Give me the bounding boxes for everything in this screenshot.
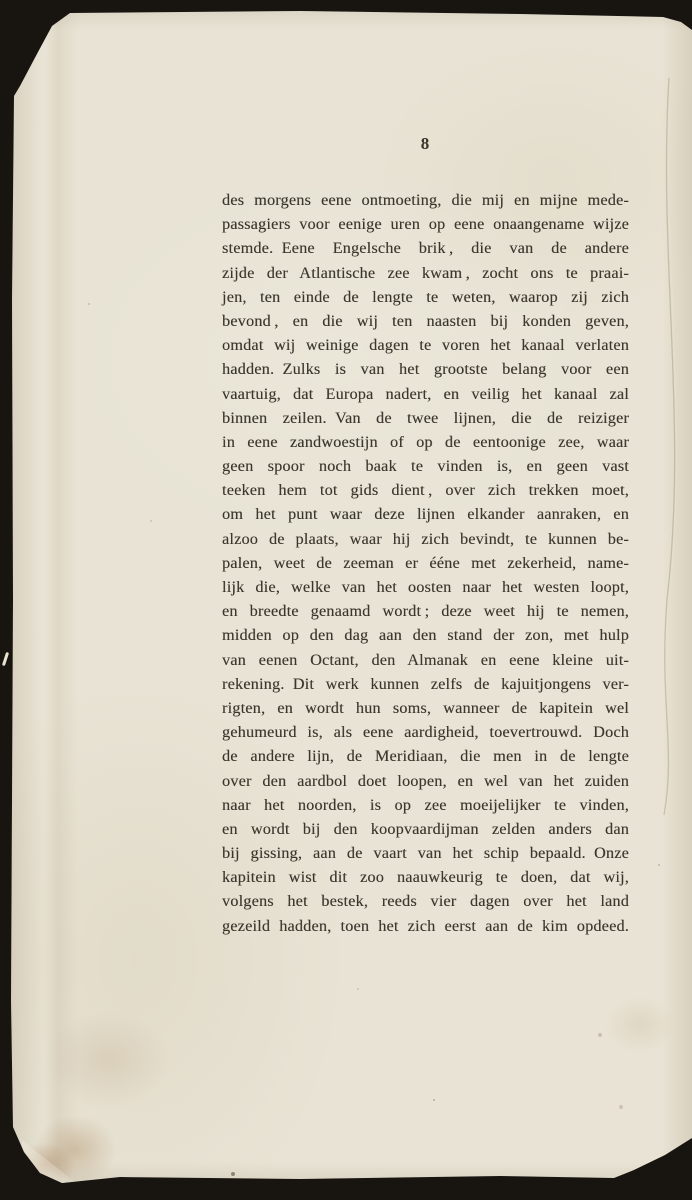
text-line: omdat wij weinige dagen te voren het kan… <box>222 333 629 357</box>
text-line: zijde der Atlantische zee kwam , zocht o… <box>222 261 629 285</box>
text-line: teeken hem tot gids dient , over zich tr… <box>222 478 629 502</box>
text-line: van eenen Octant, den Almanak en eene kl… <box>222 648 629 672</box>
paper-thread <box>2 652 9 666</box>
page-number: 8 <box>222 134 629 154</box>
text-line: en wordt bij den koopvaardijman zelden a… <box>222 817 629 841</box>
paper-specks <box>0 0 2 2</box>
text-line: kapitein wist dit zoo naauwkeurig te doe… <box>222 865 629 889</box>
text-line: passagiers voor eenige uren op eene onaa… <box>222 212 629 236</box>
text-line: hadden. Zulks is van het grootste belang… <box>222 357 629 381</box>
text-line: stemde. Eene Engelsche brik , die van de… <box>222 236 629 260</box>
text-line: vaartuig, dat Europa nadert, en veilig h… <box>222 382 629 406</box>
text-line: in eene zandwoestijn of op de eentoonige… <box>222 430 629 454</box>
text-line: binnen zeilen. Van de twee lijnen, die d… <box>222 406 629 430</box>
folded-corner <box>22 1140 80 1186</box>
text-line: jen, ten einde de lengte te weten, waaro… <box>222 285 629 309</box>
book-page: 8 des morgens eene ontmoeting, die mij e… <box>0 0 692 1200</box>
text-line: geen spoor noch baak te vinden is, en ge… <box>222 454 629 478</box>
text-line: naar het noorden, is op zee moeijelijker… <box>222 793 629 817</box>
text-line: volgens het bestek, reeds vier dagen ove… <box>222 889 629 913</box>
text-line: en breedte genaamd wordt ; deze weet hij… <box>222 599 629 623</box>
text-line: gehumeurd is, als eene aardigheid, toeve… <box>222 720 629 744</box>
text-line: gezeild hadden, toen het zich eerst aan … <box>222 914 629 938</box>
text-line: rekening. Dit werk kunnen zelfs de kajui… <box>222 672 629 696</box>
text-line: lijk die, welke van het oosten naar het … <box>222 575 629 599</box>
text-line: bij gissing, aan de vaart van het schip … <box>222 841 629 865</box>
text-line: palen, weet de zeeman er ééne met zekerh… <box>222 551 629 575</box>
body-text: des morgens eene ontmoeting, die mij en … <box>222 188 629 938</box>
text-line: des morgens eene ontmoeting, die mij en … <box>222 188 629 212</box>
text-line: midden op den dag aan den stand der zon,… <box>222 623 629 647</box>
text-line: de andere lijn, de Meridiaan, die men in… <box>222 744 629 768</box>
text-line: om het punt waar deze lijnen elkander aa… <box>222 502 629 526</box>
text-line: alzoo de plaats, waar hij zich bevindt, … <box>222 527 629 551</box>
scan-background: 8 des morgens eene ontmoeting, die mij e… <box>0 0 692 1200</box>
text-line: bevond , en die wij ten naasten bij kond… <box>222 309 629 333</box>
text-line: over den aardbol doet loopen, en wel van… <box>222 769 629 793</box>
text-line: rigten, en wordt hun soms, wanneer de ka… <box>222 696 629 720</box>
